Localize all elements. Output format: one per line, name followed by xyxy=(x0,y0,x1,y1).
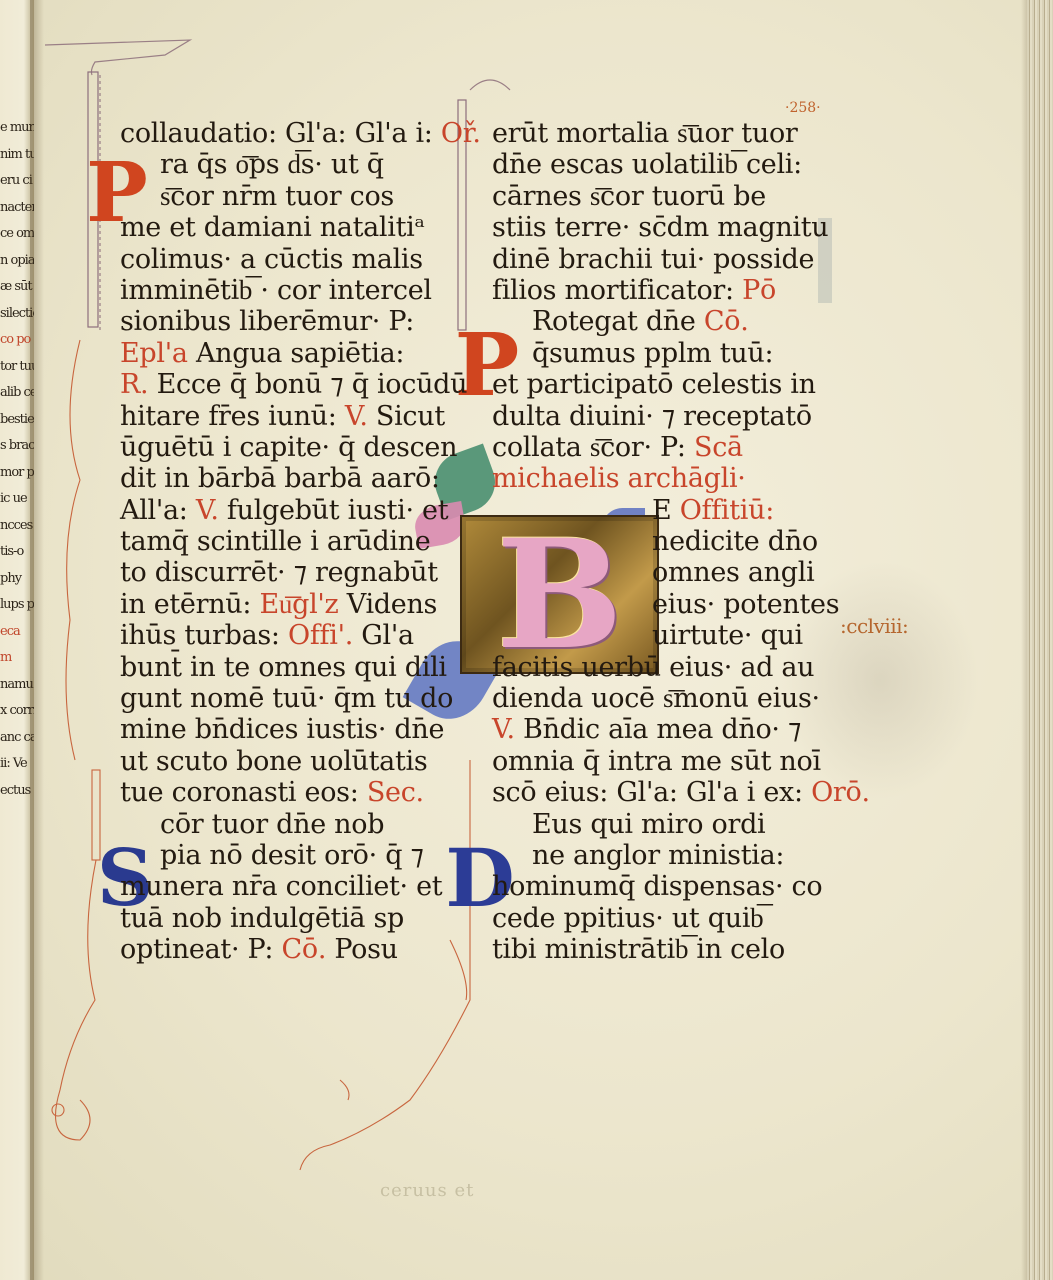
script-text: Posu xyxy=(334,934,397,965)
rubric-text: Scā xyxy=(694,432,743,463)
rubric-text: Pō xyxy=(742,275,776,306)
prev-line: alib ce xyxy=(0,380,34,407)
prev-line: nim tuo xyxy=(0,142,34,169)
prev-line: n opia xyxy=(0,248,34,275)
script-text: filios mortificator: xyxy=(492,275,742,306)
script-text: imminētib͞ · cor intercel xyxy=(120,275,432,306)
text-line: imminētib͞ · cor intercel xyxy=(120,275,440,306)
text-line: munera nr̄a conciliet· et xyxy=(120,871,440,902)
text-line: collaudatio: Gl'a: Gl'a i: Oř. xyxy=(120,118,440,149)
text-line: me et damiani natalitiᵃ xyxy=(120,212,440,243)
text-line: cede ppitius· ut quib͞ xyxy=(492,903,822,934)
text-line: V. Bn̄dic aīa mea dn̄o· ⁊ xyxy=(492,714,822,745)
text-line: dit in bārbā barbā aarō: xyxy=(120,463,440,494)
text-line: ihūs turbas: Offi'. Gl'a xyxy=(120,620,440,651)
rubric-text: V. xyxy=(196,495,227,526)
text-line: ra q̄s o͞ps d͞s· ut q̄ xyxy=(120,149,440,180)
script-text: cārnes s͞cor tuorū be xyxy=(492,181,766,212)
text-line: Epl'a Angua sapiētia: xyxy=(120,338,440,369)
previous-page-text: e mund nim tuo eru ci nacten ce omni n o… xyxy=(0,115,34,804)
text-line: eius· potentes xyxy=(492,589,822,620)
script-text: munera nr̄a conciliet· et xyxy=(120,871,442,902)
script-text: ne anglor ministia: xyxy=(532,840,784,871)
text-line: s͞cor nr̄m tuor cos xyxy=(120,181,440,212)
script-text: ut scuto bone uolūtatis xyxy=(120,746,427,777)
script-text: Eus qui miro ordi xyxy=(532,809,765,840)
text-line: tamq̄ scintille i arūdine xyxy=(120,526,440,557)
script-text: eius· potentes xyxy=(652,589,839,620)
text-line: E Offitiū: xyxy=(492,495,822,526)
prev-line: tis-o xyxy=(0,539,34,566)
prev-line: x corri xyxy=(0,698,34,725)
prev-line: nacten xyxy=(0,195,34,222)
prev-line: m xyxy=(0,645,34,672)
script-text: dulta diuini· ⁊ receptatō xyxy=(492,401,812,432)
script-text: pia nō desit orō· q̄ ⁊ xyxy=(160,840,424,871)
gutter-shadow xyxy=(30,0,44,1280)
text-line: ūguētū i capite· q̄ descen xyxy=(120,432,440,463)
script-text: ūguētū i capite· q̄ descen xyxy=(120,432,457,463)
script-text: collaudatio: Gl'a: Gl'a i: xyxy=(120,118,441,149)
prev-line: eca xyxy=(0,619,34,646)
text-line: ne anglor ministia: xyxy=(492,840,822,871)
prev-line: ectus xyxy=(0,778,34,805)
prev-line: tor tuu xyxy=(0,354,34,381)
page-edges-stack xyxy=(1027,0,1053,1280)
script-text: Sicut xyxy=(376,401,445,432)
text-line: ut scuto bone uolūtatis xyxy=(120,746,440,777)
script-text: q̄sumus pplm tuū: xyxy=(532,338,773,369)
prev-line: e mund xyxy=(0,115,34,142)
prev-line: anc ca xyxy=(0,725,34,752)
script-text: collata s͞cor· P: xyxy=(492,432,694,463)
text-line: erūt mortalia s͞uor tuor xyxy=(492,118,822,149)
script-text: in etērnū: xyxy=(120,589,259,620)
folio-number: ·258· xyxy=(785,100,821,116)
prev-line: silectio xyxy=(0,301,34,328)
text-line: dulta diuini· ⁊ receptatō xyxy=(492,401,822,432)
script-text: Rotegat dn̄e xyxy=(532,306,704,337)
text-line: gunt nomē tuū· q̄m tu do xyxy=(120,683,440,714)
script-text: mine bn̄dices iustis· dn̄e xyxy=(120,714,444,745)
script-text: bunt̄ in te omnes qui dili xyxy=(120,652,447,683)
text-line: optineat· P: Cō. Posu xyxy=(120,934,440,965)
script-text: Ecce q̄ bonū ⁊ q̄ iocūdū xyxy=(157,369,468,400)
script-text: tuā nob indulgētiā sp xyxy=(120,903,404,934)
prev-line: namu xyxy=(0,672,34,699)
text-line: Rotegat dn̄e Cō. xyxy=(492,306,822,337)
text-line: cōr tuor dn̄e nob xyxy=(120,809,440,840)
prev-line: eru ci xyxy=(0,168,34,195)
text-line: cārnes s͞cor tuorū be xyxy=(492,181,822,212)
text-line: et participatō celestis in xyxy=(492,369,822,400)
text-line: All'a: V. fulgebūt iusti· et xyxy=(120,495,440,526)
script-text: sionibus liberēmur· P: xyxy=(120,306,414,337)
script-text: tamq̄ scintille i arūdine xyxy=(120,526,430,557)
prev-line: ii: Ve xyxy=(0,751,34,778)
script-text: Bn̄dic aīa mea dn̄o· ⁊ xyxy=(523,714,801,745)
script-text: scō eius: Gl'a: Gl'a i ex: xyxy=(492,777,811,808)
rubric-text: Epl'a xyxy=(120,338,196,369)
text-line: uirtute· qui xyxy=(492,620,822,651)
text-line: dinē brachii tui· posside xyxy=(492,244,822,275)
manuscript-page: e mund nim tuo eru ci nacten ce omni n o… xyxy=(0,0,1053,1280)
prev-line: mor pu xyxy=(0,460,34,487)
script-text: dit in bārbā barbā aarō: xyxy=(120,463,440,494)
script-text: Angua sapiētia: xyxy=(196,338,404,369)
text-line: omnes angli xyxy=(492,557,822,588)
script-text: et participatō celestis in xyxy=(492,369,816,400)
rubric-text: Cō. xyxy=(282,934,335,965)
prev-line: lups p xyxy=(0,592,34,619)
script-text: cede ppitius· ut quib͞ xyxy=(492,903,763,934)
rubric-text: V. xyxy=(492,714,523,745)
rubric-text: V. xyxy=(345,401,376,432)
text-line: stiis terre· sc̄dm magnitu xyxy=(492,212,822,243)
script-text: uirtute· qui xyxy=(652,620,803,651)
script-text: All'a: xyxy=(120,495,196,526)
script-text: ihūs turbas: xyxy=(120,620,288,651)
script-text: ra q̄s o͞ps d͞s· ut q̄ xyxy=(160,149,384,180)
text-line: dn̄e escas uolatilib͞ celi: xyxy=(492,149,822,180)
prev-line: æ sūt gu xyxy=(0,274,34,301)
script-text: E xyxy=(652,495,680,526)
script-text: erūt mortalia s͞uor tuor xyxy=(492,118,798,149)
script-text: omnia q̄ intra me sūt noī xyxy=(492,746,821,777)
rubric-text: Orō. xyxy=(811,777,870,808)
text-line: mine bn̄dices iustis· dn̄e xyxy=(120,714,440,745)
script-text: tibi ministrātib͞ in celo xyxy=(492,934,785,965)
script-text: dn̄e escas uolatilib͞ celi: xyxy=(492,149,802,180)
script-text: colimus· a cūctis malis xyxy=(120,244,423,275)
text-line: collata s͞cor· P: Scā xyxy=(492,432,822,463)
script-text: Videns xyxy=(347,589,437,620)
text-line: sionibus liberēmur· P: xyxy=(120,306,440,337)
script-text: dienda uocē s͞monū eius· xyxy=(492,683,820,714)
text-line: hitare fr̄es iunū: V. Sicut xyxy=(120,401,440,432)
text-line: omnia q̄ intra me sūt noī xyxy=(492,746,822,777)
rubric-text: Cō. xyxy=(704,306,749,337)
text-line: in etērnū: Eu͞gl'z Videns xyxy=(120,589,440,620)
script-text: cōr tuor dn̄e nob xyxy=(160,809,384,840)
prev-line: s brach xyxy=(0,433,34,460)
text-line: dienda uocē s͞monū eius· xyxy=(492,683,822,714)
script-text: to discurrēt· ⁊ regnabūt xyxy=(120,557,438,588)
prev-line: ce omni xyxy=(0,221,34,248)
script-text: fulgebūt iusti· et xyxy=(227,495,448,526)
text-line: R. Ecce q̄ bonū ⁊ q̄ iocūdū xyxy=(120,369,440,400)
rubric-text: Eu͞gl'z xyxy=(259,589,346,620)
script-text: omnes angli xyxy=(652,557,814,588)
script-text: hitare fr̄es iunū: xyxy=(120,401,345,432)
rubric-text: michaelis archāgli· xyxy=(492,463,746,494)
text-line: bunt̄ in te omnes qui dili xyxy=(120,652,440,683)
rubric-text: Oř. xyxy=(441,118,481,149)
prev-line: bestie xyxy=(0,407,34,434)
text-line: filios mortificator: Pō xyxy=(492,275,822,306)
script-text: nedicite dn̄o xyxy=(652,526,818,557)
script-text: dinē brachii tui· posside xyxy=(492,244,814,275)
rubric-text: R. xyxy=(120,369,157,400)
text-line: q̄sumus pplm tuū: xyxy=(492,338,822,369)
rubric-text: Offitiū: xyxy=(680,495,774,526)
script-text: s͞cor nr̄m tuor cos xyxy=(160,181,394,212)
text-line: pia nō desit orō· q̄ ⁊ xyxy=(120,840,440,871)
text-line: tue coronasti eos: Sec. xyxy=(120,777,440,808)
text-line: tibi ministrātib͞ in celo xyxy=(492,934,822,965)
prev-line: co po xyxy=(0,327,34,354)
text-column-left: collaudatio: Gl'a: Gl'a i: Oř.ra q̄s o͞p… xyxy=(120,118,440,966)
text-line: facitis uerbū eius· ad au xyxy=(492,652,822,683)
script-text: Gl'a xyxy=(361,620,414,651)
margin-note-numeral: :cclviii: xyxy=(840,614,908,638)
gutter-previous-page: e mund nim tuo eru ci nacten ce omni n o… xyxy=(0,0,34,1280)
prev-line: phy xyxy=(0,566,34,593)
rubric-text: Sec. xyxy=(367,777,424,808)
prev-line: ncces xyxy=(0,513,34,540)
text-line: scō eius: Gl'a: Gl'a i ex: Orō. xyxy=(492,777,822,808)
text-column-right: erūt mortalia s͞uor tuor dn̄e escas uola… xyxy=(492,118,822,966)
script-text: optineat· P: xyxy=(120,934,282,965)
script-text: me et damiani natalitiᵃ xyxy=(120,212,425,243)
script-text: stiis terre· sc̄dm magnitu xyxy=(492,212,828,243)
script-text: facitis uerbū eius· ad au xyxy=(492,652,814,683)
text-line: to discurrēt· ⁊ regnabūt xyxy=(120,557,440,588)
text-line: Eus qui miro ordi xyxy=(492,809,822,840)
prev-line: ic ue xyxy=(0,486,34,513)
script-text: hominumq̄ dispensas· co xyxy=(492,871,822,902)
text-line: colimus· a cūctis malis xyxy=(120,244,440,275)
text-line: hominumq̄ dispensas· co xyxy=(492,871,822,902)
text-line: michaelis archāgli· xyxy=(492,463,822,494)
script-text: gunt nomē tuū· q̄m tu do xyxy=(120,683,453,714)
script-text: tue coronasti eos: xyxy=(120,777,367,808)
text-line: tuā nob indulgētiā sp xyxy=(120,903,440,934)
text-line: nedicite dn̄o xyxy=(492,526,822,557)
rubric-text: Offi'. xyxy=(288,620,361,651)
catchword: ceruus et xyxy=(380,1180,474,1201)
